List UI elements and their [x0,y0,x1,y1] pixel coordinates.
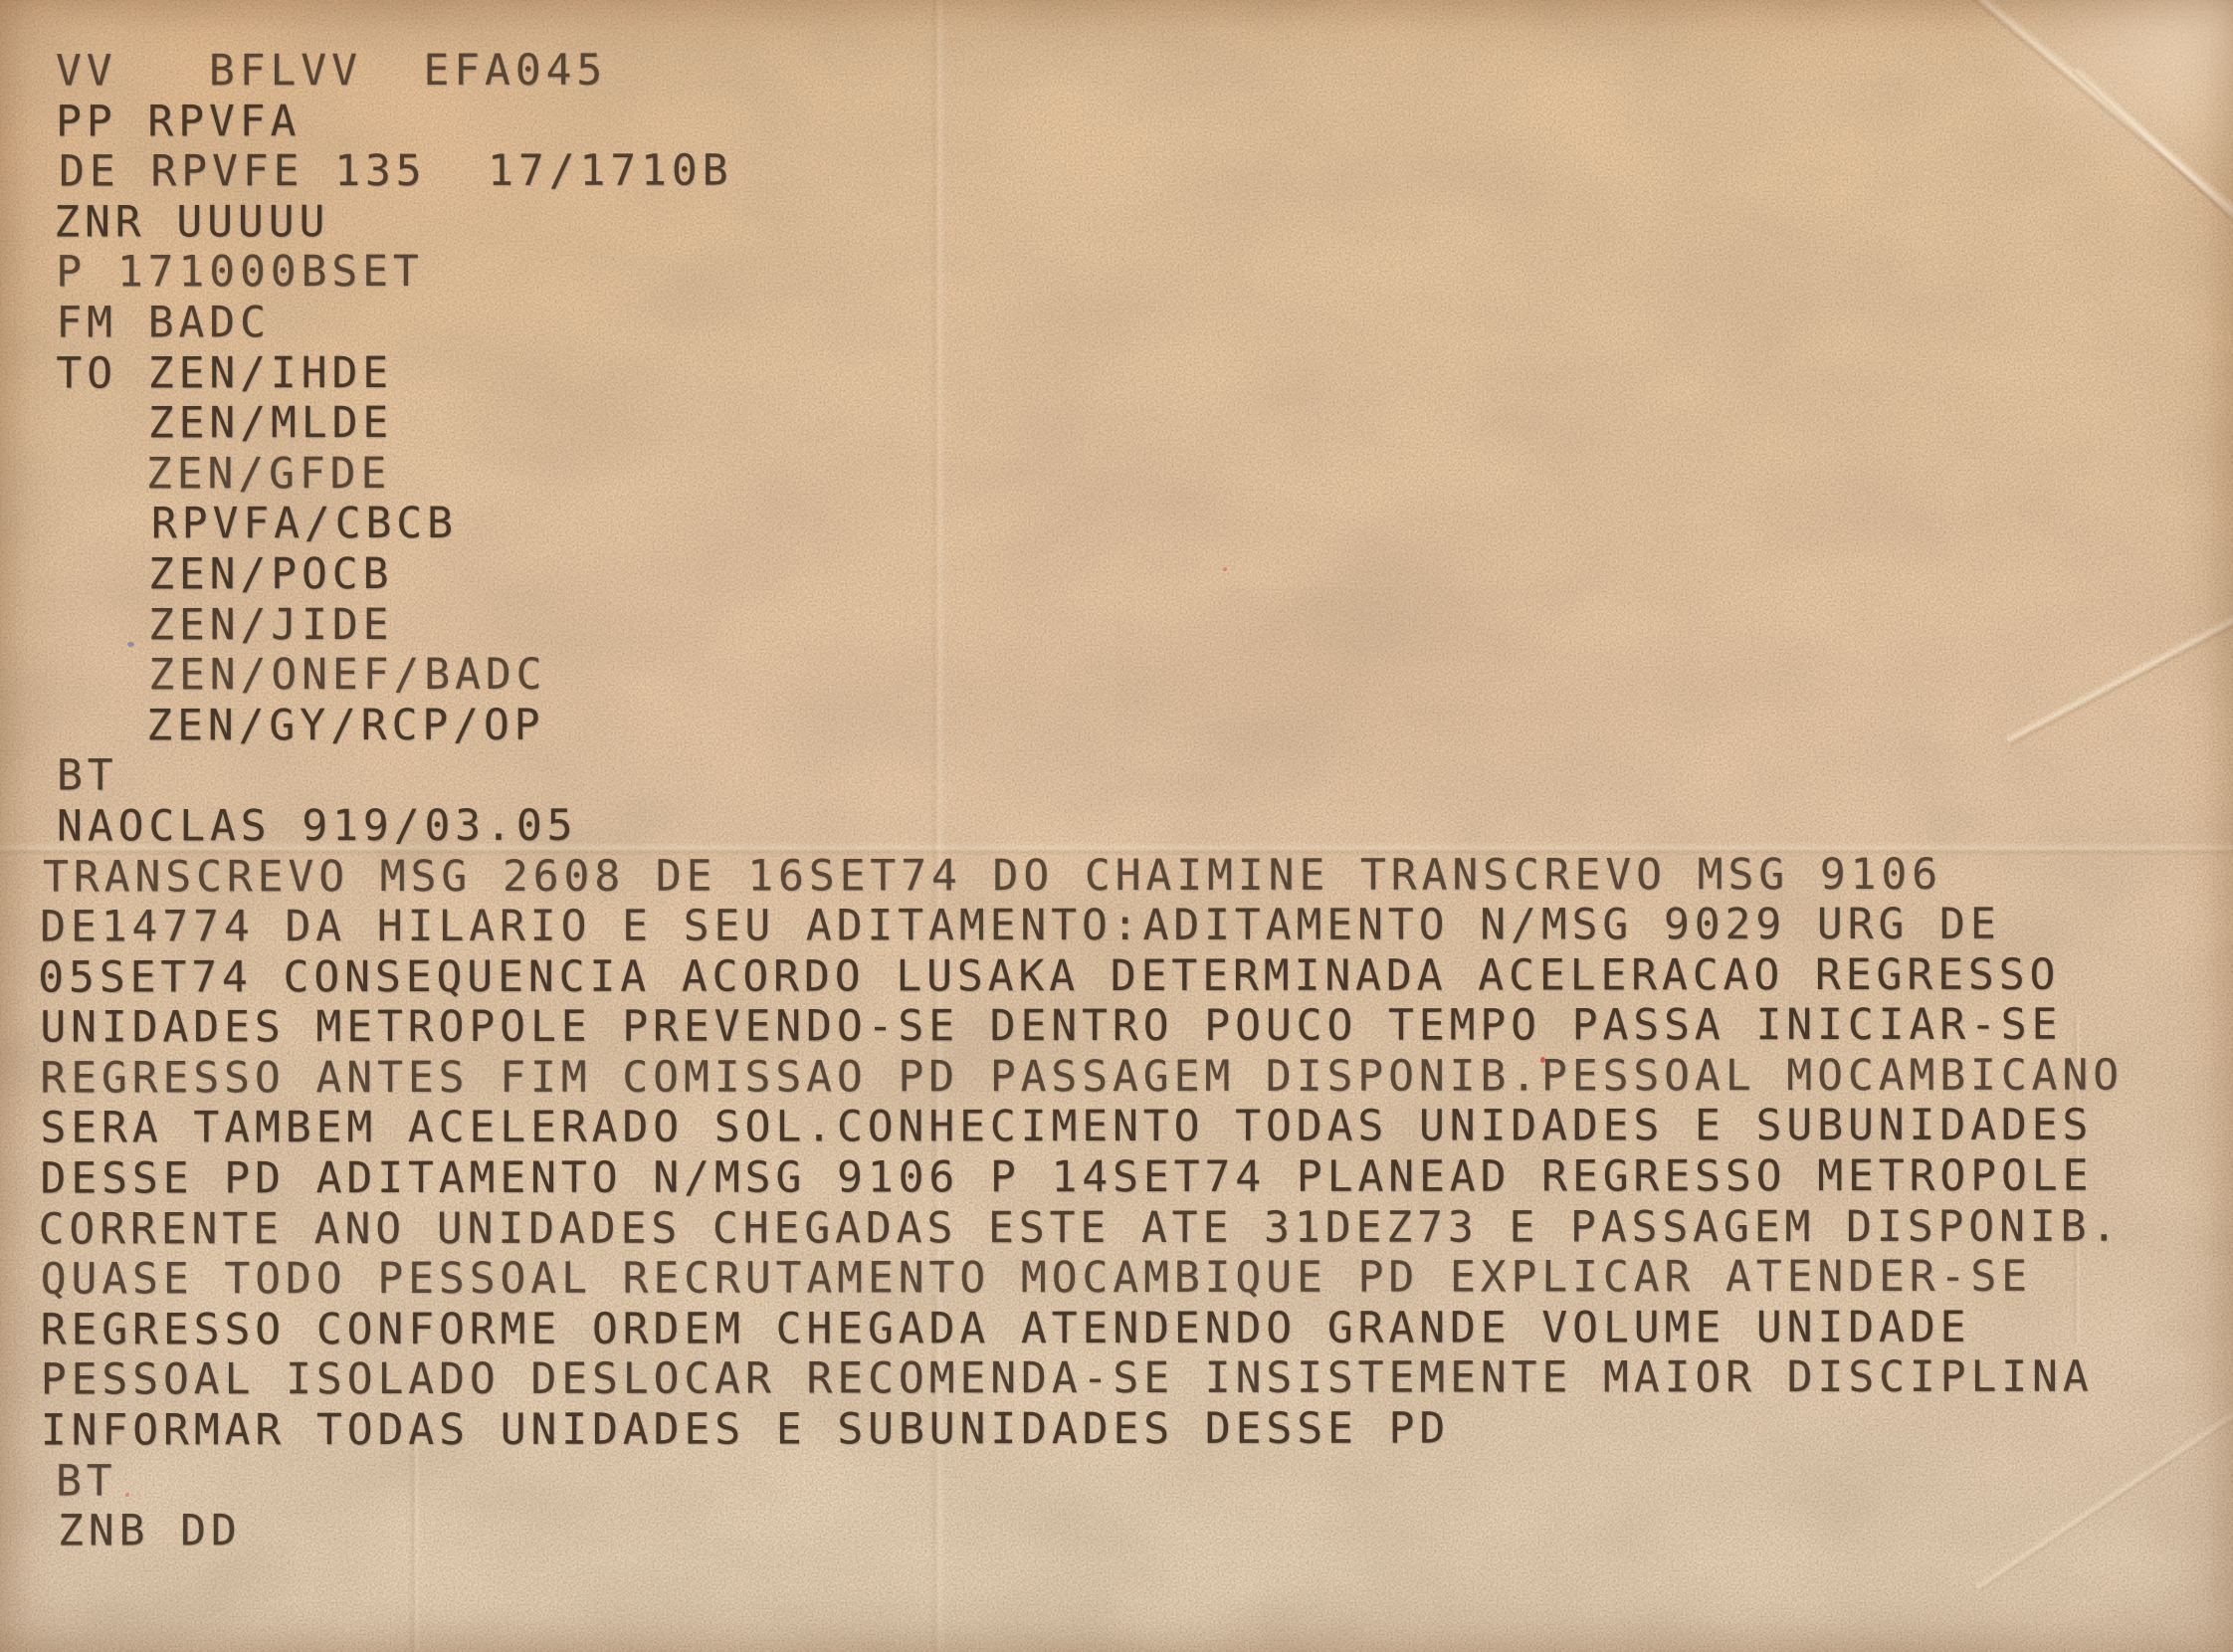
telegram-line-signature: ZNB DD [1,1504,2233,1557]
telegram-body-line: DE14774 DA HILARIO E SEU ADITAMENTO:ADIT… [0,900,2233,953]
telegram-body-line: CORRENTE ANO UNIDADES CHEGADAS ESTE ATE … [0,1201,2232,1255]
telegram-line-break: BT [0,1453,2232,1507]
telegram-body-line: DESSE PD ADITAMENTO N/MSG 9106 P 14SET74… [0,1150,2233,1204]
telegram-line-precedence: PP RPVFA [0,94,2232,147]
telegram-body-line: REGRESSO CONFORME ORDEM CHEGADA ATENDEND… [1,1302,2233,1355]
telegram-line-to: TO ZEN/IHDE [0,345,2232,399]
telegram-line-break: BT [0,748,2233,802]
telegram-body-line: SERA TAMBEM ACELERADO SOL.CONHECIMENTO T… [0,1101,2233,1154]
telegram-paper: VV BFLVV EFA045 PP RPVFA DE RPVFE 135 17… [0,0,2233,1652]
telegram-body-line: REGRESSO ANTES FIM COMISSAO PD PASSAGEM … [0,1050,2233,1104]
telegram-line-origin: DE RPVFE 135 17/1710B [2,144,2233,198]
telegram-line-addressee: ZEN/JIDE [0,597,2233,651]
telegram-body-line: INFORMAR TODAS UNIDADES E SUBUNIDADES DE… [1,1402,2233,1456]
telegram-line-routing: VV BFLVV EFA045 [0,43,2232,97]
telegram-line-addressee: ZEN/MLDE [0,396,2233,450]
telegram-line-znr: ZNR UUUUU [0,194,2230,248]
telegram-body-line: PESSOAL ISOLADO DESLOCAR RECOMENDA-SE IN… [1,1352,2233,1406]
telegram-line-addressee: ZEN/POCB [0,546,2233,600]
telegram-body-line: 05SET74 CONSEQUENCIA ACORDO LUSAKA DETER… [0,949,2231,1003]
telegram-line-addressee: ZEN/ONEF/BADC [0,648,2233,702]
telegram-line-datetime: P 171000BSET [0,245,2232,299]
telegram-line-addressee: ZEN/GY/RCP/OP [0,698,2231,751]
telegram-line-addressee: RPVFA/CBCB [3,497,2233,550]
telegram-document: VV BFLVV EFA045 PP RPVFA DE RPVFE 135 17… [0,43,2233,1556]
telegram-body-line: TRANSCREVO MSG 2608 DE 16SET74 DO CHAIMI… [3,849,2233,903]
telegram-body-line: UNIDADES METROPOLE PREVENDO-SE DENTRO PO… [0,1000,2233,1054]
telegram-line-from: FM BADC [0,295,2232,348]
telegram-line-classification: NAOCLAS 919/03.05 [0,798,2233,852]
telegram-body-line: QUASE TODO PESSOAL RECRUTAMENTO MOCAMBIQ… [1,1252,2233,1306]
telegram-line-addressee: ZEN/GFDE [0,446,2231,500]
